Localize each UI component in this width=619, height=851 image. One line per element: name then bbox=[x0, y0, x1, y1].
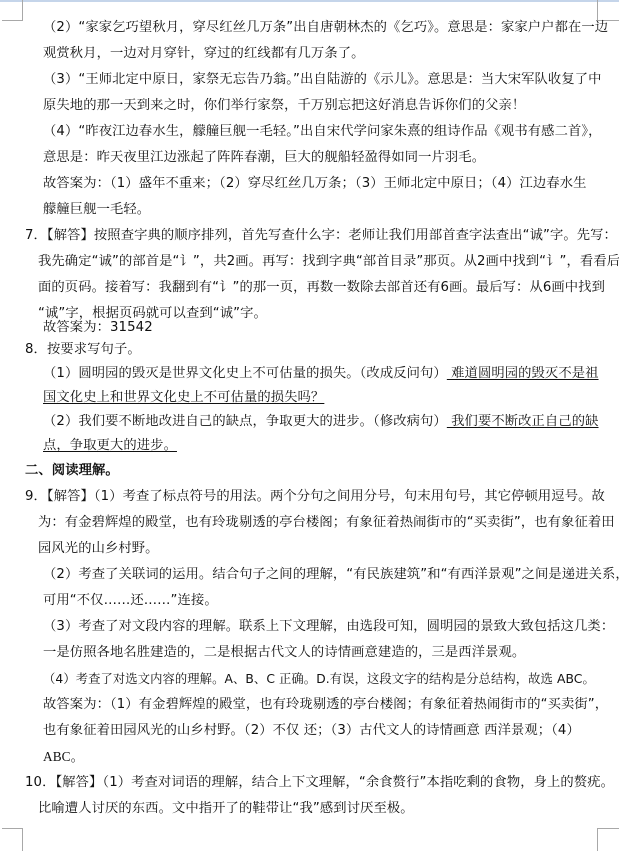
q8-item-1-prompt: （1）圆明园的毁灭是世界文化史上不可估量的损失。（改成反问句） bbox=[43, 366, 447, 381]
q8-item-2-prompt: （2）我们要不断地改进自己的缺点，争取更大的进步。（修改病句） bbox=[43, 414, 447, 429]
text-line: （3）“王师北定中原日，家祭无忘告乃翁。”出自陆游的《示儿》。意思是：当大宋军队… bbox=[43, 72, 602, 88]
text-line: 园风光的山乡村野。 bbox=[38, 541, 159, 557]
answer-line: ABC。 bbox=[43, 749, 84, 765]
text-line: 观赏秋月，一边对月穿针，穿过的红线都有几万条了。 bbox=[43, 46, 365, 62]
q8-item-2-answer-cont: 点，争取更大的进步。 bbox=[43, 438, 177, 454]
text-line: （3）考查了对文段内容的理解。联系上下文理解，由选段可知，圆明园的景致大致包括这… bbox=[43, 619, 614, 635]
question-8-line: 8．按要求写句子。 bbox=[25, 342, 141, 358]
q8-item-1: （1）圆明园的毁灭是世界文化史上不可估量的损失。（改成反问句） 难道圆明园的毁灭… bbox=[43, 366, 599, 382]
answer-line: 故答案为：（1）有金碧辉煌的殿堂，也有玲珑剔透的亭台楼阁；有象征着热闹街市的“买… bbox=[43, 697, 608, 713]
question-10-line: 10．【解答】（1）考查对词语的理解，结合上下文理解，“余食赘行”本指吃剩的食物… bbox=[25, 775, 614, 791]
window-top-border bbox=[0, 0, 619, 2]
answer-line: 故答案为：31542 bbox=[43, 320, 153, 336]
answer-line: 艨艟巨舰一毛轻。 bbox=[43, 202, 150, 218]
text-line: 比喻遭人讨厌的东西。文中指开了的鞋带让“我”感到讨厌至极。 bbox=[38, 801, 414, 817]
text-line: （2）“家家乞巧望秋月，穿尽红丝几万条”出自唐朝林杰的《乞巧》。意思是：家家户户… bbox=[43, 20, 608, 36]
answer-line: 故答案为：（1）盛年不重来；（2）穿尽红丝几万条；（3）王师北定中原日；（4）江… bbox=[43, 176, 587, 192]
text-line: 原失地的那一天到来之时，你们举行家祭，千万别忘把这好消息告诉你们的父亲！ bbox=[43, 98, 525, 114]
text-line: 我先确定“诚”的部首是“讠”，共2画。再写：找到字典“部首目录”那页。从2画中找… bbox=[38, 254, 619, 270]
page-corner-mark-top-left bbox=[2, 0, 23, 21]
q8-item-1-answer-cont: 国文化史上和世界文化史上不可估量的损失吗？ bbox=[43, 390, 324, 406]
text-line: 为：有金碧辉煌的殿堂，也有玲珑剔透的亭台楼阁；有象征着热闹街市的“买卖街”，也有… bbox=[38, 515, 615, 531]
section-heading: 二、阅读理解。 bbox=[25, 463, 119, 479]
page-corner-mark-bottom-right bbox=[597, 828, 619, 851]
text-line: 面的页码。接着写：我翻到有“讠”的那一页，再数一数除去部首还有6画。最后写：从6… bbox=[38, 280, 605, 296]
text-line: 意思是：昨天夜里江边涨起了阵阵春潮，巨大的舰船轻盈得如同一片羽毛。 bbox=[43, 150, 485, 166]
page-corner-mark-bottom-left bbox=[2, 828, 23, 851]
text-line: 可用“不仅……还……”连接。 bbox=[43, 593, 218, 609]
q8-item-2: （2）我们要不断地改进自己的缺点，争取更大的进步。（修改病句） 我们要不断改正自… bbox=[43, 414, 599, 430]
page-corner-mark-top-right bbox=[597, 0, 619, 21]
answer-line: 也有象征着田园风光的山乡村野。（2）不仅 还；（3）古代文人的诗情画意 西洋景观… bbox=[43, 723, 580, 739]
text-line: （2）考查了关联词的运用。结合句子之间的理解，“有民族建筑”和“有西洋景观”之间… bbox=[43, 567, 619, 583]
text-line: （4）“昨夜江边春水生，艨艟巨舰一毛轻。”出自宋代学问家朱熹的组诗作品《观书有感… bbox=[43, 124, 602, 140]
question-9-line: 9．【解答】（1）考查了标点符号的用法。两个分句之间用分号，句末用句号，其它停顿… bbox=[25, 489, 605, 505]
text-line: 一是仿照各地名胜建造的，二是根据古代文人的诗情画意建造的，三是西洋景观。 bbox=[43, 645, 525, 661]
question-7-line: 7．【解答】按照查字典的顺序排列，首先写查什么字：老师让我们用部首查字法查出“诚… bbox=[25, 228, 617, 244]
q8-item-1-answer: 难道圆明园的毁灭不是祖 bbox=[447, 366, 599, 381]
q8-item-2-answer: 我们要不断改正自己的缺 bbox=[447, 414, 599, 429]
text-line: （4）考查了对选文内容的理解。A、B、C 正确。D.有误，这段文字的结构是分总结… bbox=[43, 671, 595, 687]
